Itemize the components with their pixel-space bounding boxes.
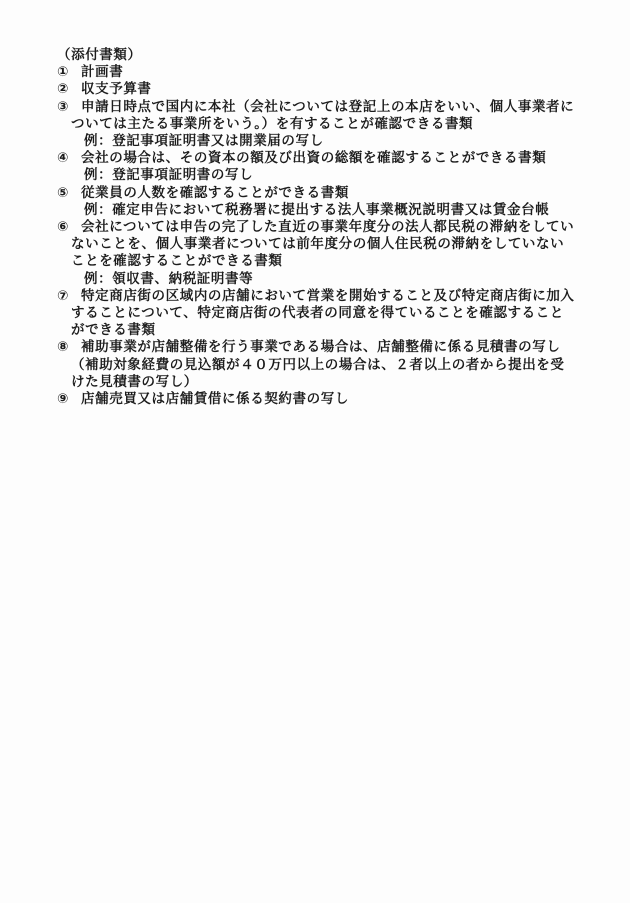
item-line: ⑨店舗売買又は店舗賃借に係る契約書の写し [57, 390, 575, 407]
item-number: ⑦ [57, 288, 69, 303]
item-line: ⑦特定商店街の区域内の店舗において営業を開始すること及び特定商店街に加入すること… [57, 287, 575, 339]
item-text: 収支予算書 [81, 81, 152, 96]
list-item: ②収支予算書 [57, 80, 575, 97]
item-number: ⑨ [57, 391, 69, 406]
item-number: ② [57, 81, 69, 96]
list-item: ⑤従業員の人数を確認することができる書類 例：確定申告において税務署に提出する法… [57, 184, 575, 218]
list-item: ④会社の場合は、その資本の額及び出資の総額を確認することができる書類 例：登記事… [57, 149, 575, 183]
item-example: 例：登記事項証明書又は開業届の写し [57, 132, 575, 149]
item-line: ③申請日時点で国内に本社（会社については登記上の本店をいい、個人事業者については… [57, 98, 575, 132]
item-line: ⑥会社については申告の完了した直近の事業年度分の法人都民税の滞納をしていないこと… [57, 218, 575, 270]
item-number: ⑥ [57, 219, 69, 234]
item-example: 例：登記事項証明書の写し [57, 166, 575, 183]
item-number: ④ [57, 150, 69, 165]
item-text: 補助事業が店舗整備を行う事業である場合は、店舗整備に係る見積書の写し（補助対象経… [71, 339, 565, 388]
list-item: ⑨店舗売買又は店舗賃借に係る契約書の写し [57, 390, 575, 407]
list-item: ③申請日時点で国内に本社（会社については登記上の本店をいい、個人事業者については… [57, 98, 575, 150]
item-line: ④会社の場合は、その資本の額及び出資の総額を確認することができる書類 [57, 149, 575, 166]
item-text: 店舗売買又は店舗賃借に係る契約書の写し [81, 391, 349, 406]
item-example: 例：領収書、納税証明書等 [57, 270, 575, 287]
item-line: ⑤従業員の人数を確認することができる書類 [57, 184, 575, 201]
item-text: 申請日時点で国内に本社（会社については登記上の本店をいい、個人事業者については主… [71, 99, 574, 131]
item-text: 従業員の人数を確認することができる書類 [81, 185, 349, 200]
list-item: ⑧補助事業が店舗整備を行う事業である場合は、店舗整備に係る見積書の写し（補助対象… [57, 338, 575, 390]
item-example: 例：確定申告において税務署に提出する法人事業概況説明書又は賃金台帳 [57, 201, 575, 218]
item-text: 特定商店街の区域内の店舗において営業を開始すること及び特定商店街に加入することに… [71, 288, 575, 337]
item-number: ⑧ [57, 339, 69, 354]
document-page: （添付書類） ①計画書 ②収支予算書 ③申請日時点で国内に本社（会社については登… [0, 0, 630, 903]
item-line: ⑧補助事業が店舗整備を行う事業である場合は、店舗整備に係る見積書の写し（補助対象… [57, 338, 575, 390]
item-line: ②収支予算書 [57, 80, 575, 97]
list-item: ①計画書 [57, 63, 575, 80]
attachment-list: ①計画書 ②収支予算書 ③申請日時点で国内に本社（会社については登記上の本店をい… [57, 63, 575, 407]
list-item: ⑦特定商店街の区域内の店舗において営業を開始すること及び特定商店街に加入すること… [57, 287, 575, 339]
item-number: ③ [57, 99, 69, 114]
list-item: ⑥会社については申告の完了した直近の事業年度分の法人都民税の滞納をしていないこと… [57, 218, 575, 287]
item-number: ① [57, 64, 69, 79]
item-line: ①計画書 [57, 63, 575, 80]
item-text: 会社については申告の完了した直近の事業年度分の法人都民税の滞納をしていないことを… [71, 219, 574, 268]
document-content: （添付書類） ①計画書 ②収支予算書 ③申請日時点で国内に本社（会社については登… [57, 46, 575, 407]
item-text: 計画書 [81, 64, 123, 79]
attachment-heading: （添付書類） [57, 46, 575, 63]
item-text: 会社の場合は、その資本の額及び出資の総額を確認することができる書類 [81, 150, 546, 165]
item-number: ⑤ [57, 185, 69, 200]
